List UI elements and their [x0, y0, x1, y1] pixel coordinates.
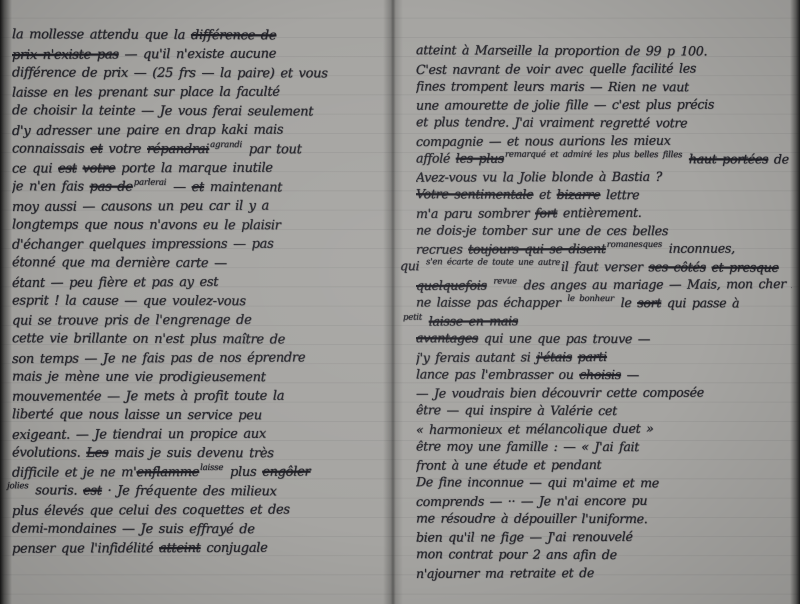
handwriting-line: qui se trouve pris de l'engrenage de	[12, 310, 382, 330]
handwriting-text: moy aussi — causons un peu car il y a	[12, 199, 269, 215]
struck-text: sort	[637, 295, 661, 310]
handwriting-line: C'est navrant de voir avec quelle facili…	[416, 59, 792, 79]
struck-text: fort	[535, 205, 557, 220]
struck-text: choisis	[579, 367, 621, 382]
handwriting-text: — qu'il n'existe aucune	[119, 47, 277, 63]
handwriting-text: m'a paru sombrer	[416, 205, 535, 221]
handwriting-line: prix n'existe pas — qu'il n'existe aucun…	[12, 44, 382, 65]
handwriting-line: front à une étude et pendant	[416, 455, 792, 474]
handwriting-line: penser que l'infidélité atteint conjugal…	[12, 538, 382, 558]
handwriting-text: des anges au mariage — Mais, mon cher Lé…	[518, 276, 792, 293]
struck-text: bizarre	[557, 187, 601, 202]
handwriting-text: être — qui inspire à Valérie cet	[416, 402, 617, 418]
handwriting-text: je n'en fais	[12, 179, 90, 194]
handwriting-line: mais je mène une vie prodigieusement	[12, 368, 382, 388]
handwriting-text: de choisir la teinte — Je vous ferai seu…	[12, 103, 313, 119]
handwriting-text: étant — peu fière et pas ay est	[12, 275, 218, 291]
interlinear-insertion: romanesques	[607, 239, 662, 254]
handwriting-line: étant — peu fière et pas ay est	[12, 272, 382, 293]
handwriting-text: qui se trouve pris de l'engrenage de	[12, 313, 252, 329]
handwriting-text: d'échanger quelques impressions — pas	[12, 237, 274, 253]
interlinear-insertion: parlerai	[134, 177, 167, 193]
handwriting-line: quelquefois revue des anges au mariage —…	[416, 275, 792, 295]
handwriting-line: laisse en les prenant sur place la facul…	[12, 82, 382, 102]
handwriting-text: liberté que nous laisse un service peu	[12, 407, 262, 423]
handwriting-text: recrues	[416, 241, 468, 256]
struck-text: et	[90, 142, 102, 157]
struck-text: et	[192, 180, 204, 195]
handwriting-text: inconnues,	[663, 241, 735, 256]
handwriting-line: compagnie — et nous aurions les mieux	[416, 131, 792, 151]
handwriting-text: esprit ! la cause — que voulez-vous	[12, 294, 246, 310]
handwriting-text: et plus tendre. J'ai vraiment regretté v…	[416, 114, 687, 130]
page-fold	[383, 0, 403, 604]
handwriting-text: d'y adresser une paire en drap kaki mais	[12, 123, 283, 139]
handwriting-line: n'ajourner ma retraite et de	[416, 563, 792, 583]
interlinear-insertion: petit	[403, 311, 422, 326]
handwriting-line: étonné que ma dernière carte —	[12, 253, 382, 274]
struck-text: différence de	[191, 28, 276, 43]
handwriting-line: demi-mondaines — Je suis effrayé de	[12, 520, 382, 540]
struck-text: pas de	[90, 180, 133, 195]
handwriting-line: une amourette de jolie fille — c'est plu…	[416, 95, 792, 114]
interlinear-insertion: agrandi	[210, 140, 242, 156]
handwriting-line: exigeant. — Je tiendrai un propice aux	[12, 424, 382, 445]
handwriting-text: —	[621, 367, 639, 382]
handwriting-text: bien qu'il ne fige — J'ai renouvelé	[416, 529, 633, 545]
struck-text: parti	[578, 349, 607, 364]
handwriting-line: difficile et je ne m'enflammelaisse plus…	[12, 462, 382, 482]
handwriting-text: différence de prix — (25 frs — la paire)…	[12, 66, 328, 82]
struck-text: et presque	[711, 260, 778, 275]
scan-left-edge	[0, 0, 12, 604]
handwriting-line: moy aussi — causons un peu car il y a	[12, 196, 382, 217]
handwriting-line: cette vie brillante on n'est plus maître…	[12, 329, 382, 350]
struck-text: répandrai	[147, 142, 209, 157]
handwriting-line: différence de prix — (25 frs — la paire)…	[12, 64, 382, 84]
handwriting-text: Avez-vous vu la Jolie blonde à Bastia ?	[416, 169, 662, 185]
handwriting-text: difficile et je ne m'	[12, 465, 136, 480]
handwriting-line: fines trompent leurs maris — Rien ne vau…	[416, 78, 792, 97]
struck-text: haut portées	[689, 151, 768, 166]
handwriting-line: de choisir la teinte — Je vous ferai seu…	[12, 101, 382, 122]
handwriting-line: atteint à Marseille la proportion de 99 …	[416, 41, 792, 61]
handwriting-text: comprends — ·· — Je n'ai encore pu	[416, 493, 647, 509]
handwriting-text: mon contrat pour 2 ans afin de	[416, 546, 617, 562]
handwriting-line: et plus tendre. J'ai vraiment regretté v…	[416, 113, 792, 133]
handwriting-line: je n'en fais pas deparlerai — et mainten…	[12, 177, 382, 198]
handwriting-line: me résoudre à dépouiller l'uniforme.	[416, 510, 792, 529]
handwriting-line: d'y adresser une paire en drap kaki mais	[12, 120, 382, 141]
handwriting-text: n'ajourner ma retraite et de	[416, 565, 594, 581]
handwriting-text: la mollesse attendu que la	[12, 27, 191, 43]
struck-text: les plus	[456, 151, 504, 166]
handwriting-text: et	[533, 187, 556, 202]
handwriting-text: conjugale	[201, 541, 268, 556]
handwriting-line: qui s'en écarte de toute une autreil fau…	[400, 257, 792, 277]
handwriting-text: qui	[400, 258, 425, 273]
struck-text: votre	[83, 161, 116, 176]
handwriting-line: être moy une famille : — « J'ai fait	[416, 438, 792, 457]
handwriting-line: De fine inconnue — qui m'aime et me	[416, 473, 792, 493]
handwriting-text: mais je suis devenu très	[108, 446, 273, 461]
handwriting-text: atteint à Marseille la proportion de 99 …	[416, 42, 707, 58]
handwriting-text: lance pas l'embrasser ou	[416, 367, 579, 382]
handwriting-line: longtemps que nous n'avons eu le plaisir	[12, 216, 382, 236]
handwriting-line: avantages qui une que pas trouve —	[416, 329, 792, 349]
handwriting-line: — Je voudrais bien découvrir cette compo…	[416, 383, 792, 402]
handwriting-line: évolutions. Les mais je suis devenu très	[12, 444, 382, 464]
struck-text: Votre sentimentale	[416, 186, 533, 202]
handwriting-text: ne laisse pas échapper	[416, 295, 566, 310]
handwriting-text: De fine inconnue — qui m'aime et me	[416, 474, 659, 490]
handwriting-text: plus	[224, 465, 262, 480]
handwriting-line: « harmonieux et mélancolique duet »	[416, 419, 792, 439]
handwriting-line: liberté que nous laisse un service peu	[12, 405, 382, 426]
handwriting-line: d'échanger quelques impressions — pas	[12, 234, 382, 254]
handwriting-text: souris.	[29, 483, 83, 498]
handwriting-line: m'a paru sombrer fort entièrement.	[416, 203, 792, 223]
struck-text: avantages	[416, 330, 478, 345]
struck-text: Les	[86, 446, 108, 461]
struck-text: engôler	[262, 465, 310, 480]
right-page: atteint à Marseille la proportion de 99 …	[416, 0, 792, 582]
struck-text: toujours qui se disent	[468, 241, 606, 256]
handwriting-text: lettre	[600, 187, 639, 202]
handwriting-text: « harmonieux et mélancolique duet »	[416, 421, 654, 437]
handwriting-text: affolé	[416, 151, 456, 166]
interlinear-insertion: revue	[493, 275, 517, 291]
handwriting-line: lance pas l'embrasser ou choisis —	[416, 366, 792, 385]
handwriting-line: Avez-vous vu la Jolie blonde à Bastia ?	[416, 167, 792, 186]
handwriting-line: la mollesse attendu que la différence de	[12, 25, 382, 46]
struck-text: atteint	[159, 541, 201, 556]
struck-text: quelquefois	[416, 278, 487, 293]
handwriting-text: demi-mondaines — Je suis effrayé de	[12, 522, 255, 538]
handwriting-text: étonné que ma dernière carte —	[12, 255, 227, 271]
handwriting-line: esprit ! la cause — que voulez-vous	[12, 292, 382, 312]
handwriting-line: ne dois-je tomber sur une de ces belles	[416, 222, 792, 241]
handwriting-text: porte la marque inutile	[115, 161, 272, 177]
handwriting-text: ne dois-je tomber sur une de ces belles	[416, 223, 668, 239]
handwriting-text: —	[167, 180, 191, 195]
handwriting-line: recrues toujours qui se disentromanesque…	[416, 239, 792, 258]
interlinear-insertion: remarqué et admiré les plus belles fille…	[505, 150, 682, 165]
left-page: la mollesse attendu que la différence de…	[12, 0, 382, 558]
interlinear-insertion: laisse	[200, 462, 223, 478]
handwriting-line: plus élevés que celui des coquettes et d…	[12, 500, 382, 521]
handwriting-text: · Je fréquente des milieux	[102, 484, 277, 500]
interlinear-insertion: s'en écarte de toute une autre	[426, 257, 560, 272]
handwriting-text: connaissais	[12, 142, 90, 157]
handwriting-text: compagnie — et nous aurions les mieux	[416, 133, 671, 149]
handwriting-line: ne laisse pas échapper le bonheur le sor…	[416, 294, 792, 313]
handwriting-text: exigeant. — Je tiendrai un propice aux	[12, 427, 266, 443]
handwriting-line: mon contrat pour 2 ans afin de	[416, 545, 792, 565]
struck-text: enflamme	[136, 465, 199, 480]
handwriting-line: son temps — Je ne fais pas de nos éprend…	[12, 348, 382, 369]
handwriting-text: j'y ferais autant si	[416, 349, 536, 365]
handwriting-text: il faut verser	[561, 259, 649, 274]
handwriting-text: mais je mène une vie prodigieusement	[12, 370, 266, 386]
handwriting-text: votre	[103, 142, 148, 157]
interlinear-insertion: le bonheur	[567, 294, 614, 309]
scan-right-edge	[790, 0, 800, 604]
handwriting-text: me résoudre à dépouiller l'uniforme.	[416, 511, 648, 527]
handwriting-text: de la ville.	[768, 151, 792, 166]
struck-text: est	[58, 161, 77, 176]
handwriting-text: — Je voudrais bien découvrir cette compo…	[416, 385, 704, 401]
struck-text: est	[83, 484, 102, 499]
handwriting-line: mouvementée — Je mets à profit toute la	[12, 386, 382, 406]
handwriting-line: ce qui est votre porte la marque inutile	[12, 158, 382, 178]
handwriting-text: mouvementée — Je mets à profit toute la	[12, 389, 284, 405]
handwriting-line: j'y ferais autant si j'étais parti	[416, 347, 792, 367]
handwriting-text: ce qui	[12, 161, 58, 176]
handwriting-text: maintenant	[204, 180, 282, 195]
handwriting-text: qui une que pas trouve —	[478, 330, 650, 346]
handwriting-text: être moy une famille : — « J'ai fait	[416, 439, 639, 455]
handwriting-text: plus élevés que celui des coquettes et d…	[12, 503, 290, 519]
handwriting-text: entièrement.	[557, 205, 641, 220]
struck-text: ses côtés	[648, 259, 705, 274]
handwriting-line: affolé les plusremarqué et admiré les pl…	[416, 150, 792, 169]
handwriting-text: laisse en les prenant sur place la facul…	[12, 85, 280, 101]
handwriting-text: son temps — Je ne fais pas de nos éprend…	[12, 350, 305, 367]
handwriting-line: comprends — ·· — Je n'ai encore pu	[416, 491, 792, 511]
handwriting-line: bien qu'il ne fige — J'ai renouvelé	[416, 527, 792, 546]
handwriting-text: C'est navrant de voir avec quelle facili…	[416, 61, 696, 77]
handwriting-text: penser que l'infidélité	[12, 541, 159, 557]
handwriting-text: cette vie brillante on n'est plus maître…	[12, 331, 285, 347]
handwriting-text	[487, 278, 493, 293]
handwriting-text: qui passe à	[661, 295, 739, 310]
handwriting-line: jolies souris. est · Je fréquente des mi…	[6, 481, 382, 502]
manuscript-scan: la mollesse attendu que la différence de…	[0, 0, 800, 604]
handwriting-text: par tout	[243, 142, 302, 157]
struck-text: prix n'existe pas	[12, 47, 119, 63]
struck-text: j'étais	[536, 349, 572, 364]
handwriting-text: fines trompent leurs maris — Rien ne vau…	[416, 79, 689, 95]
handwriting-text: évolutions.	[12, 446, 86, 461]
handwriting-text: longtemps que nous n'avons eu le plaisir	[12, 218, 281, 234]
struck-text: laisse en mais	[429, 313, 518, 328]
handwriting-text: le	[615, 295, 637, 310]
handwriting-line: petit laisse en mais	[402, 311, 792, 330]
handwriting-line: être — qui inspire à Valérie cet	[416, 401, 792, 421]
handwriting-line: Votre sentimentale et bizarre lettre	[416, 185, 792, 205]
handwriting-text: une amourette de jolie fille — c'est plu…	[416, 97, 714, 113]
handwriting-line: connaissais et votre répandraiagrandi pa…	[12, 140, 382, 160]
handwriting-text: front à une étude et pendant	[416, 457, 601, 473]
